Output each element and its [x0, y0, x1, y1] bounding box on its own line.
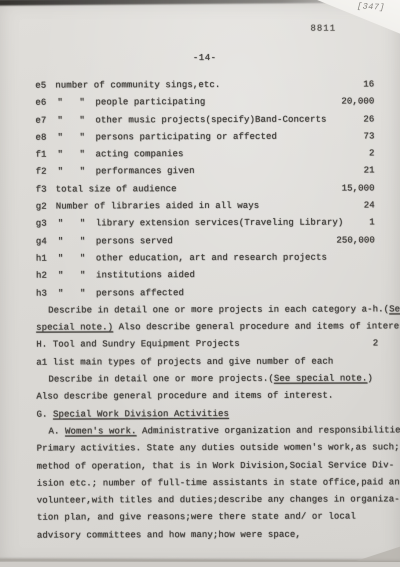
row-label: persons participating or affected [95, 128, 363, 146]
row-ditto-mark: " [80, 216, 96, 233]
row-code: f1 [36, 147, 58, 164]
table-row: e6""people participating20,000 [35, 94, 374, 112]
text-segment: Also describe general procedure and item… [113, 321, 400, 332]
row-ditto-mark: " [58, 216, 80, 233]
row-code: e6 [35, 95, 57, 112]
row-value: 16 [363, 76, 374, 93]
row-code: g2 [36, 199, 56, 216]
row-code: e5 [35, 78, 55, 95]
paragraph-line: G. Special Work Division Activities [36, 405, 375, 423]
paragraph-line: Describe in detail one or more projects … [36, 301, 375, 319]
corner-reference-number: [347] [357, 1, 386, 12]
paragraph-lines: Describe in detail one or more projects … [36, 301, 376, 544]
row-ditto-mark: " [58, 147, 80, 164]
text-segment: ision etc.; number of full-time assistan… [37, 477, 400, 488]
table-row: g4""persons served250,000 [36, 232, 375, 250]
row-label: acting companies [96, 146, 370, 164]
text-segment: H. Tool and Sundry Equipment Projects [36, 339, 240, 350]
table-row: e8""persons participating or affected73 [35, 128, 374, 146]
row-ditto-mark: " [58, 233, 80, 250]
paragraph-line: ision etc.; number of full-time assistan… [37, 474, 376, 492]
row-ditto-mark: " [79, 129, 95, 146]
table-row: h2""institutions aided [36, 267, 375, 285]
row-code: e8 [35, 129, 57, 146]
paragraph-line: Also describe general procedure and item… [36, 388, 375, 406]
table-row: g3""library extension services(Traveling… [36, 215, 375, 233]
text-segment: Primary activities. State any duties out… [37, 443, 400, 454]
row-label: number of community sings,etc. [55, 76, 363, 94]
row-label: Number of libraries aided in all ways [56, 198, 364, 216]
row-ditto-mark: " [58, 285, 80, 302]
table-row: f1""acting companies2 [36, 146, 375, 164]
paragraph-line: advisory committees and how many;how wer… [37, 526, 376, 544]
row-value: 15,000 [342, 180, 375, 197]
row-label: people participating [95, 94, 341, 112]
paragraph-line: H. Tool and Sundry Equipment Projects2 [36, 336, 375, 354]
table-row: f3total size of audience15,000 [36, 180, 375, 198]
text-segment: A. [48, 426, 65, 436]
row-value: 250,000 [336, 232, 375, 249]
row-ditto-mark: " [80, 147, 96, 164]
paragraph-line: volunteer,with titles and duties;describ… [37, 492, 376, 510]
row-code: g4 [36, 233, 58, 250]
row-ditto-mark: " [80, 164, 96, 181]
row-value: 73 [363, 128, 374, 145]
underlined-text: See special note. [274, 373, 368, 383]
document-number: 8811 [310, 24, 336, 34]
text-segment: Also describe general procedure and item… [36, 391, 333, 402]
text-segment: a1 list main types of projects and give … [36, 356, 333, 367]
text-segment: Describe in detail one or more projects.… [48, 374, 274, 385]
underlined-text: See [389, 304, 400, 314]
paragraph-line: A. Women's work. Administrative organiza… [36, 422, 375, 440]
photo-bottom-strip [0, 562, 400, 567]
row-ditto-mark: " [57, 112, 79, 129]
row-label: total size of audience [56, 180, 342, 198]
text-segment: ) [367, 373, 373, 383]
row-label: persons affected [96, 284, 375, 302]
line-value: 2 [373, 336, 379, 353]
paragraph-line: Describe in detail one or more projects.… [36, 370, 375, 388]
row-code: f2 [36, 164, 58, 181]
paragraph-line: Primary activities. State any duties out… [37, 440, 376, 458]
underlined-text: Special Work Division Activities [53, 409, 229, 420]
row-label: other education, art and research projec… [96, 249, 375, 267]
row-value: 24 [364, 197, 375, 214]
table-row: g2Number of libraries aided in all ways2… [36, 197, 375, 215]
paragraph-line: method of operation, that is in Work Div… [37, 457, 376, 475]
row-ditto-mark: " [58, 164, 80, 181]
table-row: h3""persons affected [36, 284, 375, 302]
row-value: 21 [364, 163, 375, 180]
paragraph-line: a1 list main types of projects and give … [36, 353, 375, 371]
table-row: h1""other education, art and research pr… [36, 249, 375, 267]
text-segment: Administrative organization and responsi… [137, 425, 400, 436]
row-ditto-mark: " [80, 250, 96, 267]
row-label: persons served [96, 232, 337, 250]
text-segment: advisory committees and how many;how wer… [37, 529, 301, 540]
row-ditto-mark: " [80, 285, 96, 302]
row-code: h3 [36, 285, 58, 302]
row-value: 1 [369, 215, 375, 232]
row-ditto-mark: " [58, 250, 80, 267]
row-label: performances given [96, 163, 364, 181]
row-ditto-mark: " [79, 95, 95, 112]
row-ditto-mark: " [58, 268, 80, 285]
row-value: 26 [363, 111, 374, 128]
text-segment: tion plan, and give reasons;were there s… [37, 512, 356, 523]
row-code: h2 [36, 268, 58, 285]
row-code: f3 [36, 181, 56, 198]
row-ditto-mark: " [79, 112, 95, 129]
row-value: 2 [369, 146, 375, 163]
page-number: -14- [35, 52, 374, 63]
row-ditto-mark: " [80, 268, 96, 285]
table-row: e5number of community sings,etc.16 [35, 76, 374, 94]
row-ditto-mark: " [57, 95, 79, 112]
row-code: g3 [36, 216, 58, 233]
text-segment: Describe in detail one or more projects … [48, 304, 389, 315]
text-segment: volunteer,with titles and duties;describ… [37, 494, 400, 505]
row-ditto-mark: " [80, 233, 96, 250]
row-code: e7 [35, 112, 57, 129]
underlined-text: special note.) [36, 322, 113, 332]
paragraph-line: special note.) Also describe general pro… [36, 319, 375, 337]
row-label: library extension services(Traveling Lib… [96, 215, 370, 233]
row-label: other music projects(specify)Band-Concer… [95, 111, 363, 129]
row-label: institutions aided [96, 267, 375, 285]
text-segment: G. [36, 409, 53, 419]
row-code: h1 [36, 250, 58, 267]
table-row: e7""other music projects(specify)Band-Co… [35, 111, 374, 129]
text-segment: method of operation, that is in Work Div… [37, 460, 395, 471]
scanned-photo: [347] 8811 -14- e5number of community si… [0, 0, 400, 567]
table-row: f2""performances given21 [36, 163, 375, 181]
row-ditto-mark: " [57, 129, 79, 146]
underlined-text: Women's work. [65, 426, 137, 436]
row-value: 20,000 [341, 94, 374, 111]
ledger-rows: e5number of community sings,etc.16e6""pe… [35, 76, 375, 302]
paragraph-line: tion plan, and give reasons;were there s… [37, 509, 376, 527]
